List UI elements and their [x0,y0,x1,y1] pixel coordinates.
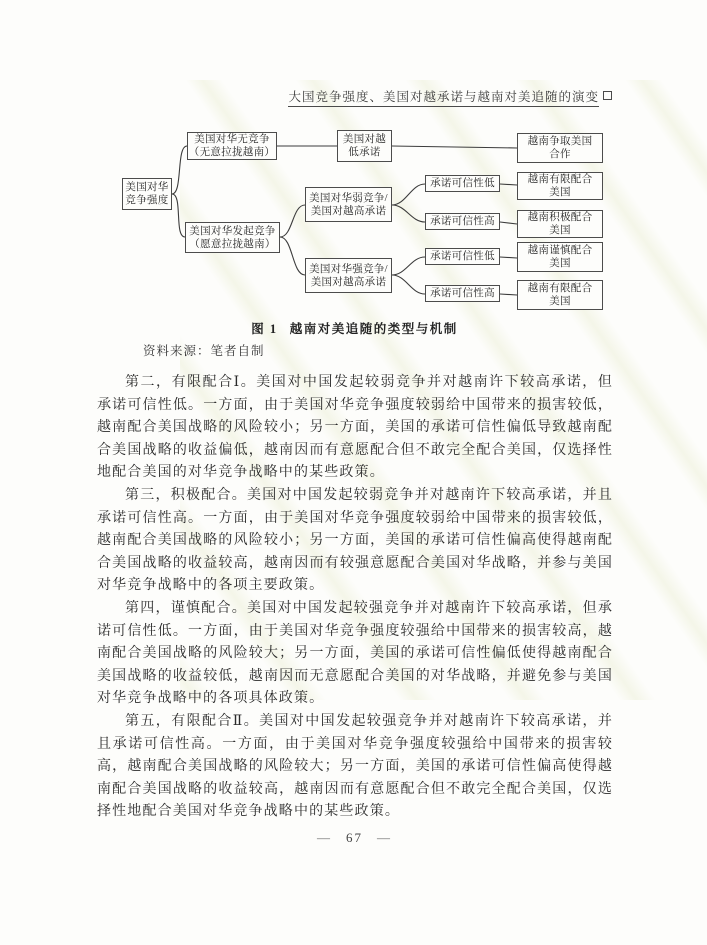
box-limited-cooperation-1: 越南有限配合 美国 [517,172,603,200]
figure-source: 资料来源：笔者自制 [143,341,265,359]
paragraph-cautious-cooperation: 第四，谨慎配合。美国对中国发起较强竞争并对越南许下较高承诺，但承诺可信性低。一方… [97,598,613,711]
figure1-flowchart: 美国对华 竞争强度 美国对华无竞争 （无意拉拢越南） 美国对越 低承诺 越南争取… [100,125,620,317]
box-initiate-competition: 美国对华发起竞争 （愿意拉拢越南） [185,222,280,253]
box-vietnam-seeks-cooperation: 越南争取美国 合作 [517,133,603,163]
page-number-dash-right: — [377,830,392,846]
box-cautious-cooperation: 越南谨慎配合 美国 [517,242,603,272]
running-head-text: 大国竞争强度、美国对越承诺与越南对美追随的演变 [288,90,599,107]
box-no-competition: 美国对华无竞争 （无意拉拢越南） [187,132,277,160]
box-credibility-low-1: 承诺可信性低 [425,175,500,192]
box-credibility-high-2: 承诺可信性高 [425,285,500,302]
box-low-commitment: 美国对越 低承诺 [337,130,392,162]
box-weak-competition-high-commitment: 美国对华弱竞争/ 美国对越高承诺 [305,187,392,222]
box-us-china-competition-intensity: 美国对华 竞争强度 [122,178,172,210]
figure-caption-label: 图 1 [251,322,277,336]
paper-page: 大国竞争强度、美国对越承诺与越南对美追随的演变 美国对华 [0,0,707,945]
paragraph-limited-cooperation-1: 第二，有限配合Ⅰ。美国对中国发起较弱竞争并对越南许下较高承诺，但承诺可信性低。一… [97,372,613,485]
figure-caption: 图 1越南对美追随的类型与机制 [97,319,612,337]
page-number: —67— [97,830,612,846]
page-number-value: 67 [346,830,363,845]
box-credibility-low-2: 承诺可信性低 [425,248,500,265]
box-credibility-high-1: 承诺可信性高 [425,213,500,230]
paragraph-limited-cooperation-2: 第五，有限配合Ⅱ。美国对中国发起较强竞争并对越南许下较高承诺，并且承诺可信性高。… [97,711,613,824]
footnote-square-icon [603,91,612,100]
running-head: 大国竞争强度、美国对越承诺与越南对美追随的演变 [97,87,612,105]
body-text: 第二，有限配合Ⅰ。美国对中国发起较弱竞争并对越南许下较高承诺，但承诺可信性低。一… [97,372,613,824]
figure-caption-title: 越南对美追随的类型与机制 [290,322,458,336]
box-active-cooperation: 越南积极配合 美国 [517,210,603,238]
page-number-dash-left: — [317,830,332,846]
box-strong-competition-high-commitment: 美国对华强竞争/ 美国对越高承诺 [305,258,392,293]
box-limited-cooperation-2: 越南有限配合 美国 [517,280,603,310]
paragraph-active-cooperation: 第三，积极配合。美国对中国发起较弱竞争并对越南许下较高承诺，并且承诺可信性高。一… [97,485,613,598]
